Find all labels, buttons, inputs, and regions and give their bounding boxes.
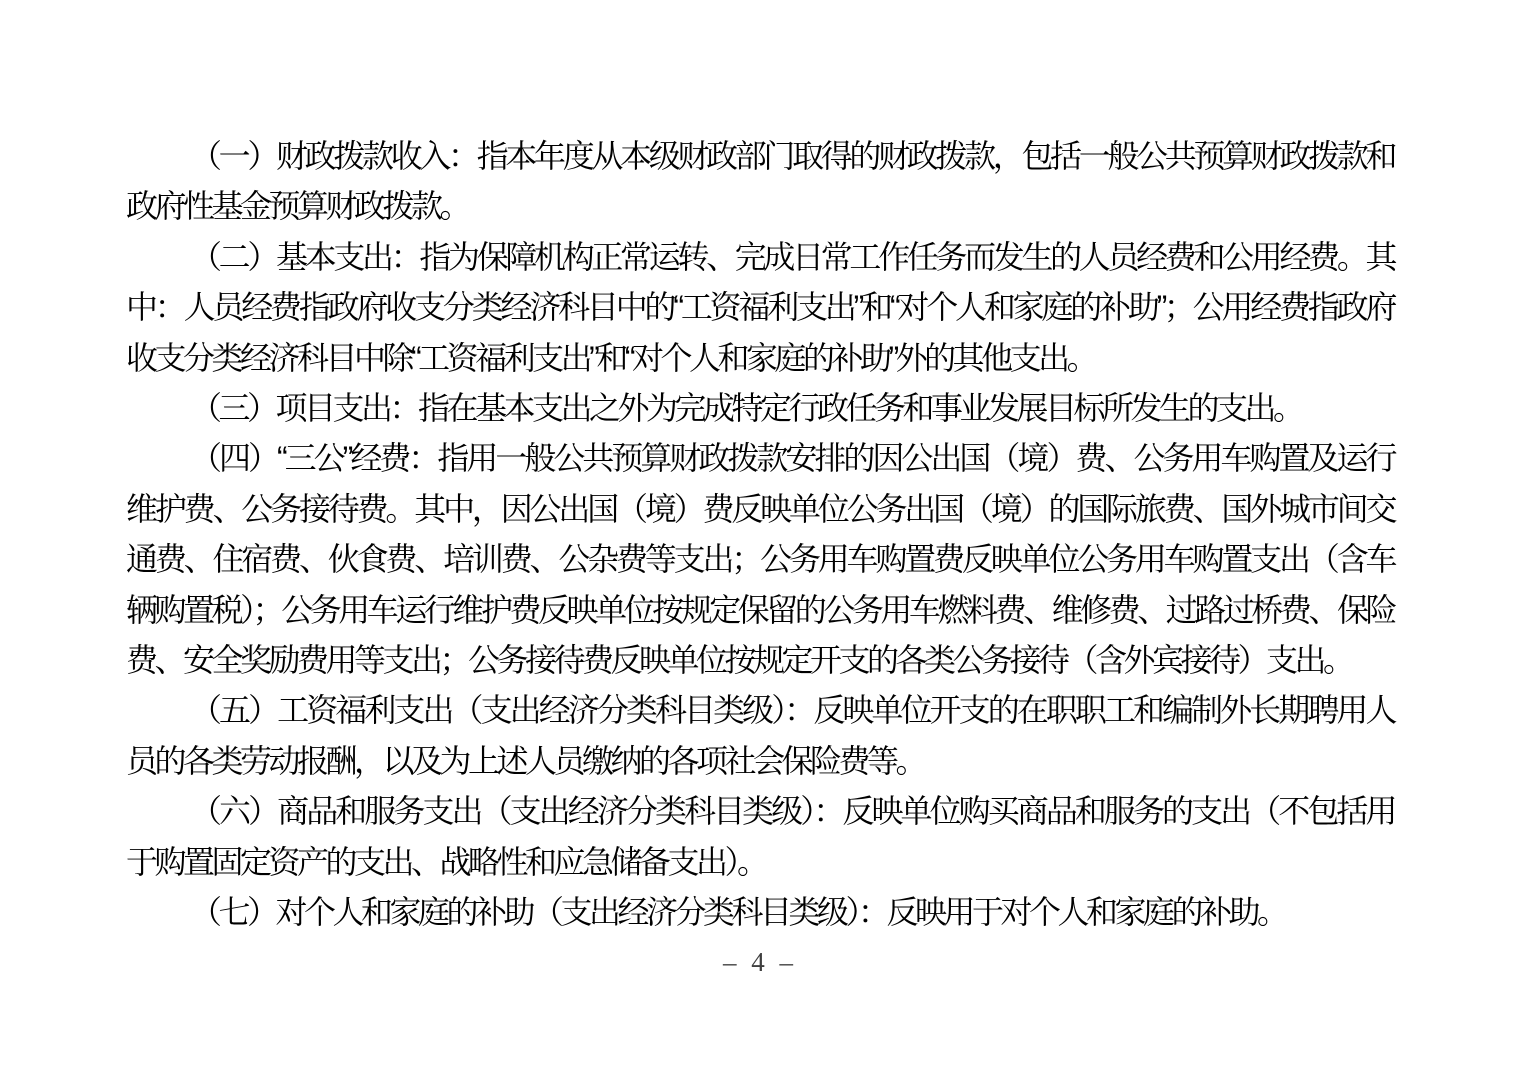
paragraph-three-public-funds: （四）“三公”经费：指用一般公共预算财政拨款安排的因公出国（境）费、公务用车购置…	[126, 433, 1394, 685]
paragraph-fiscal-appropriation-income: （一）财政拨款收入：指本年度从本级财政部门取得的财政拨款，包括一般公共预算财政拨…	[126, 131, 1394, 232]
page-number: – 4 –	[0, 947, 1520, 978]
document-body: （一）财政拨款收入：指本年度从本级财政部门取得的财政拨款，包括一般公共预算财政拨…	[126, 131, 1394, 938]
paragraph-basic-expenditure: （二）基本支出：指为保障机构正常运转、完成日常工作任务而发生的人员经费和公用经费…	[126, 232, 1394, 383]
paragraph-salary-welfare-expenditure: （五）工资福利支出（支出经济分类科目类级）：反映单位开支的在职职工和编制外长期聘…	[126, 685, 1394, 786]
document-page: （一）财政拨款收入：指本年度从本级财政部门取得的财政拨款，包括一般公共预算财政拨…	[0, 0, 1520, 1074]
paragraph-goods-services-expenditure: （六）商品和服务支出（支出经济分类科目类级）：反映单位购买商品和服务的支出（不包…	[126, 786, 1394, 887]
paragraph-individual-family-subsidy: （七）对个人和家庭的补助（支出经济分类科目类级）：反映用于对个人和家庭的补助。	[126, 887, 1394, 937]
paragraph-project-expenditure: （三）项目支出：指在基本支出之外为完成特定行政任务和事业发展目标所发生的支出。	[126, 383, 1394, 433]
